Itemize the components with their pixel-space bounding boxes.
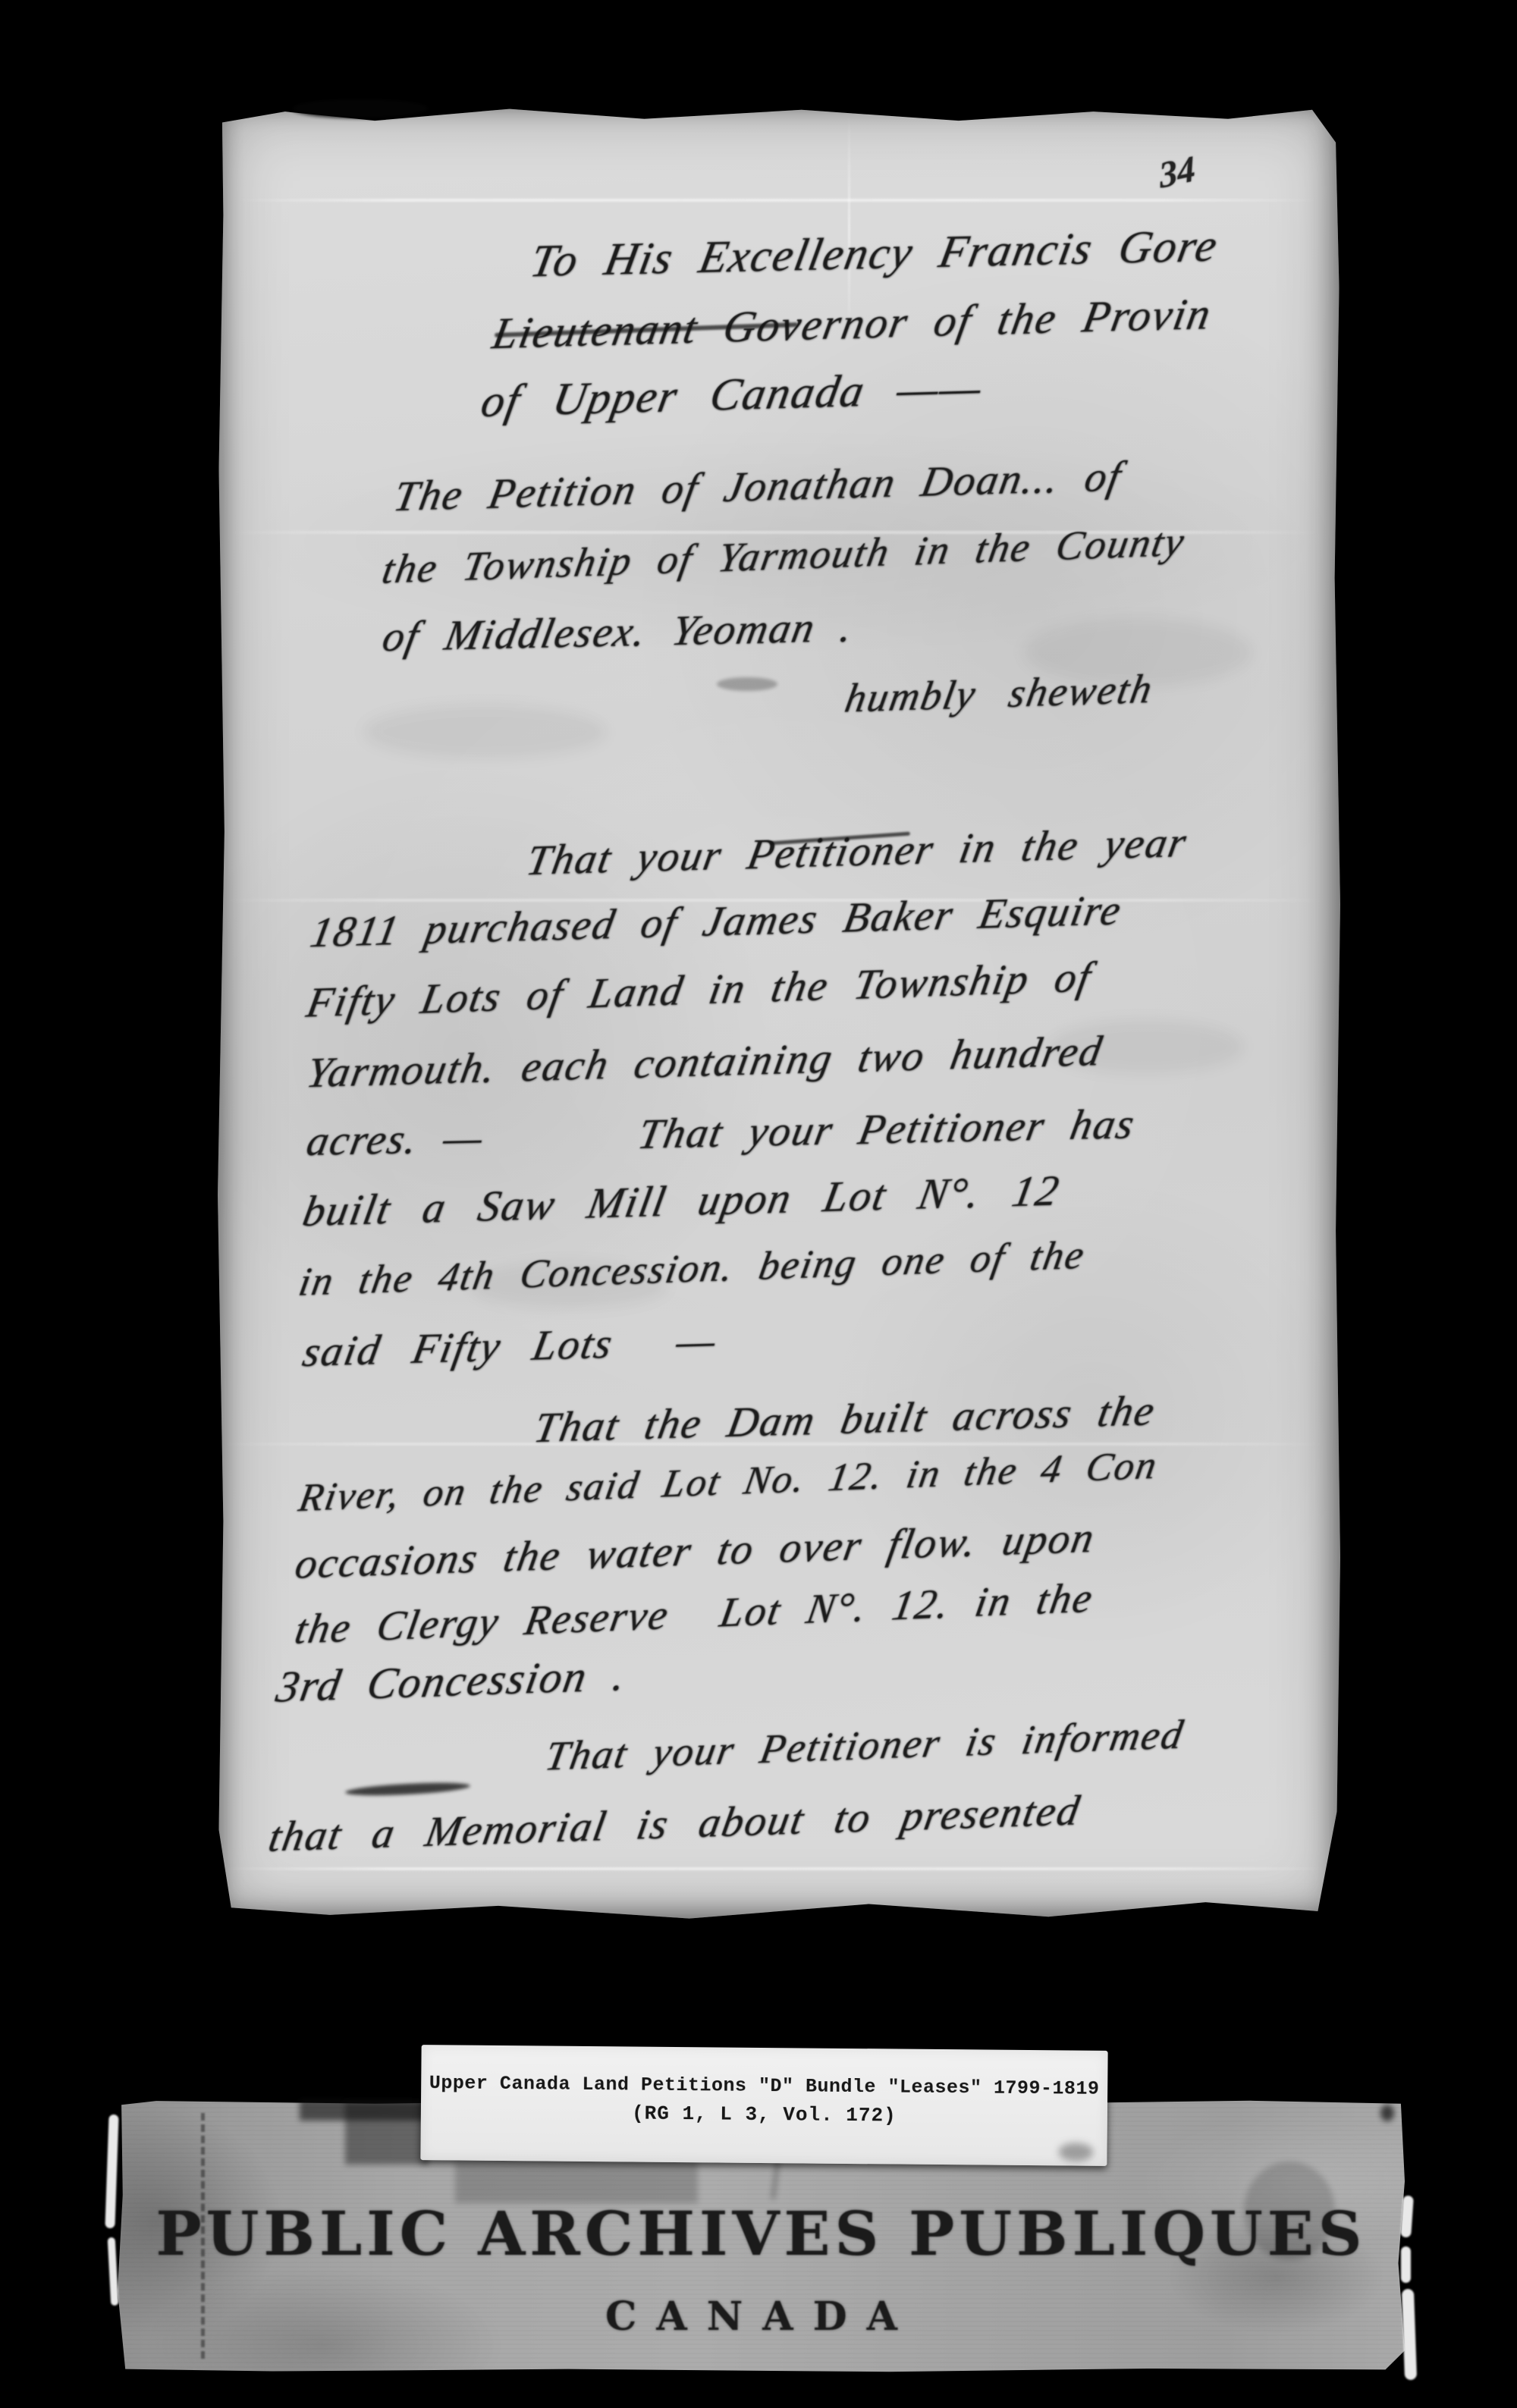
- banner-subtitle: CANADA: [118, 2293, 1405, 2340]
- ink-smudge: [717, 677, 777, 691]
- tape-shadow: [345, 2102, 429, 2165]
- label-smudge: [1058, 2143, 1093, 2161]
- microfilm-scan: 34 To His Excellency Francis Gore Lieute…: [0, 0, 1517, 2408]
- handwriting-line-petitioner-3: of Middlesex. Yeoman .: [379, 606, 857, 658]
- paper-crease: [224, 1867, 1327, 1870]
- tape-shadow: [455, 2162, 698, 2203]
- banner-title: PUBLIC ARCHIVES PUBLIQUES: [118, 2198, 1405, 2269]
- paper-crease: [235, 199, 1320, 202]
- banner-dot: [1380, 2105, 1394, 2121]
- archive-label-card: Upper Canada Land Petitions "D" Bundle "…: [420, 2045, 1107, 2166]
- handwriting-line-body-8: said Fifty Lots —: [300, 1320, 721, 1374]
- page-number: 34: [1157, 148, 1198, 197]
- bleedthrough-stain: [364, 705, 607, 758]
- handwriting-line-sheweth: humbly sheweth: [842, 668, 1157, 719]
- archive-label-line-2: (RG 1, L 3, Vol. 172): [421, 2100, 1107, 2129]
- archive-label-line-1: Upper Canada Land Petitions "D" Bundle "…: [421, 2072, 1107, 2100]
- handwriting-line-body-13: 3rd Concession .: [273, 1653, 630, 1709]
- ink-smudge: [292, 99, 429, 118]
- torn-edge-highlight: [105, 2114, 118, 2228]
